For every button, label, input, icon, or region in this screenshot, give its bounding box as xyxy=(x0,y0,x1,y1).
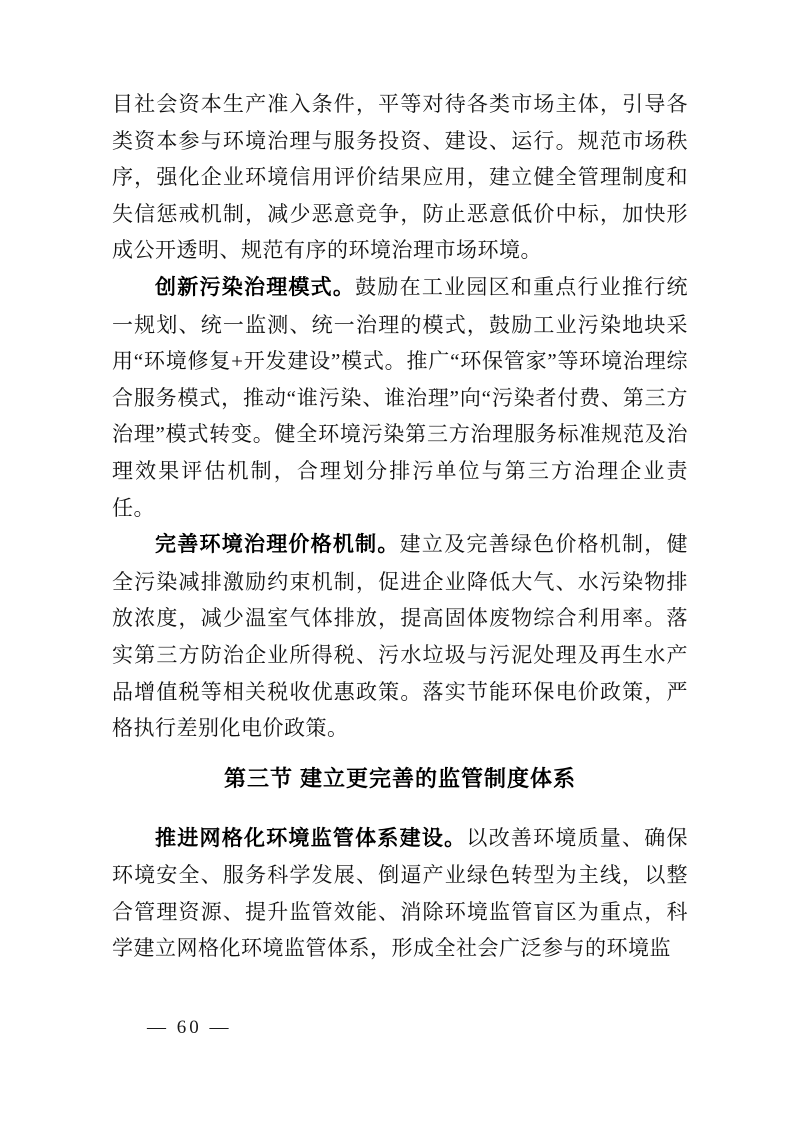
paragraph-lead: 完善环境治理价格机制。 xyxy=(155,533,400,556)
document-body: 目社会资本生产准入条件，平等对待各类市场主体，引导各类资本参与环境治理与服务投资… xyxy=(112,86,688,967)
paragraph-text: 目社会资本生产准入条件，平等对待各类市场主体，引导各类资本参与环境治理与服务投资… xyxy=(112,92,688,262)
paragraph-lead: 推进网格化环境监管体系建设。 xyxy=(155,827,466,850)
page-number: — 60 — xyxy=(147,1017,232,1039)
paragraph: 目社会资本生产准入条件，平等对待各类市场主体，引导各类资本参与环境治理与服务投资… xyxy=(112,86,688,269)
paragraph: 推进网格化环境监管体系建设。以改善环境质量、确保环境安全、服务科学发展、倒逼产业… xyxy=(112,820,688,967)
paragraph-text: 建立及完善绿色价格机制，健全污染减排激励约束机制，促进企业降低大气、水污染物排放… xyxy=(112,532,688,740)
paragraph: 创新污染治理模式。鼓励在工业园区和重点行业推行统一规划、统一监测、统一治理的模式… xyxy=(112,269,688,526)
section-heading: 第三节 建立更完善的监管制度体系 xyxy=(112,760,688,797)
paragraph-lead: 创新污染治理模式。 xyxy=(155,276,355,299)
paragraph-text: 鼓励在工业园区和重点行业推行统一规划、统一监测、统一治理的模式，鼓励工业污染地块… xyxy=(112,275,688,520)
paragraph: 完善环境治理价格机制。建立及完善绿色价格机制，健全污染减排激励约束机制，促进企业… xyxy=(112,526,688,747)
document-page: 目社会资本生产准入条件，平等对待各类市场主体，引导各类资本参与环境治理与服务投资… xyxy=(0,0,793,1122)
